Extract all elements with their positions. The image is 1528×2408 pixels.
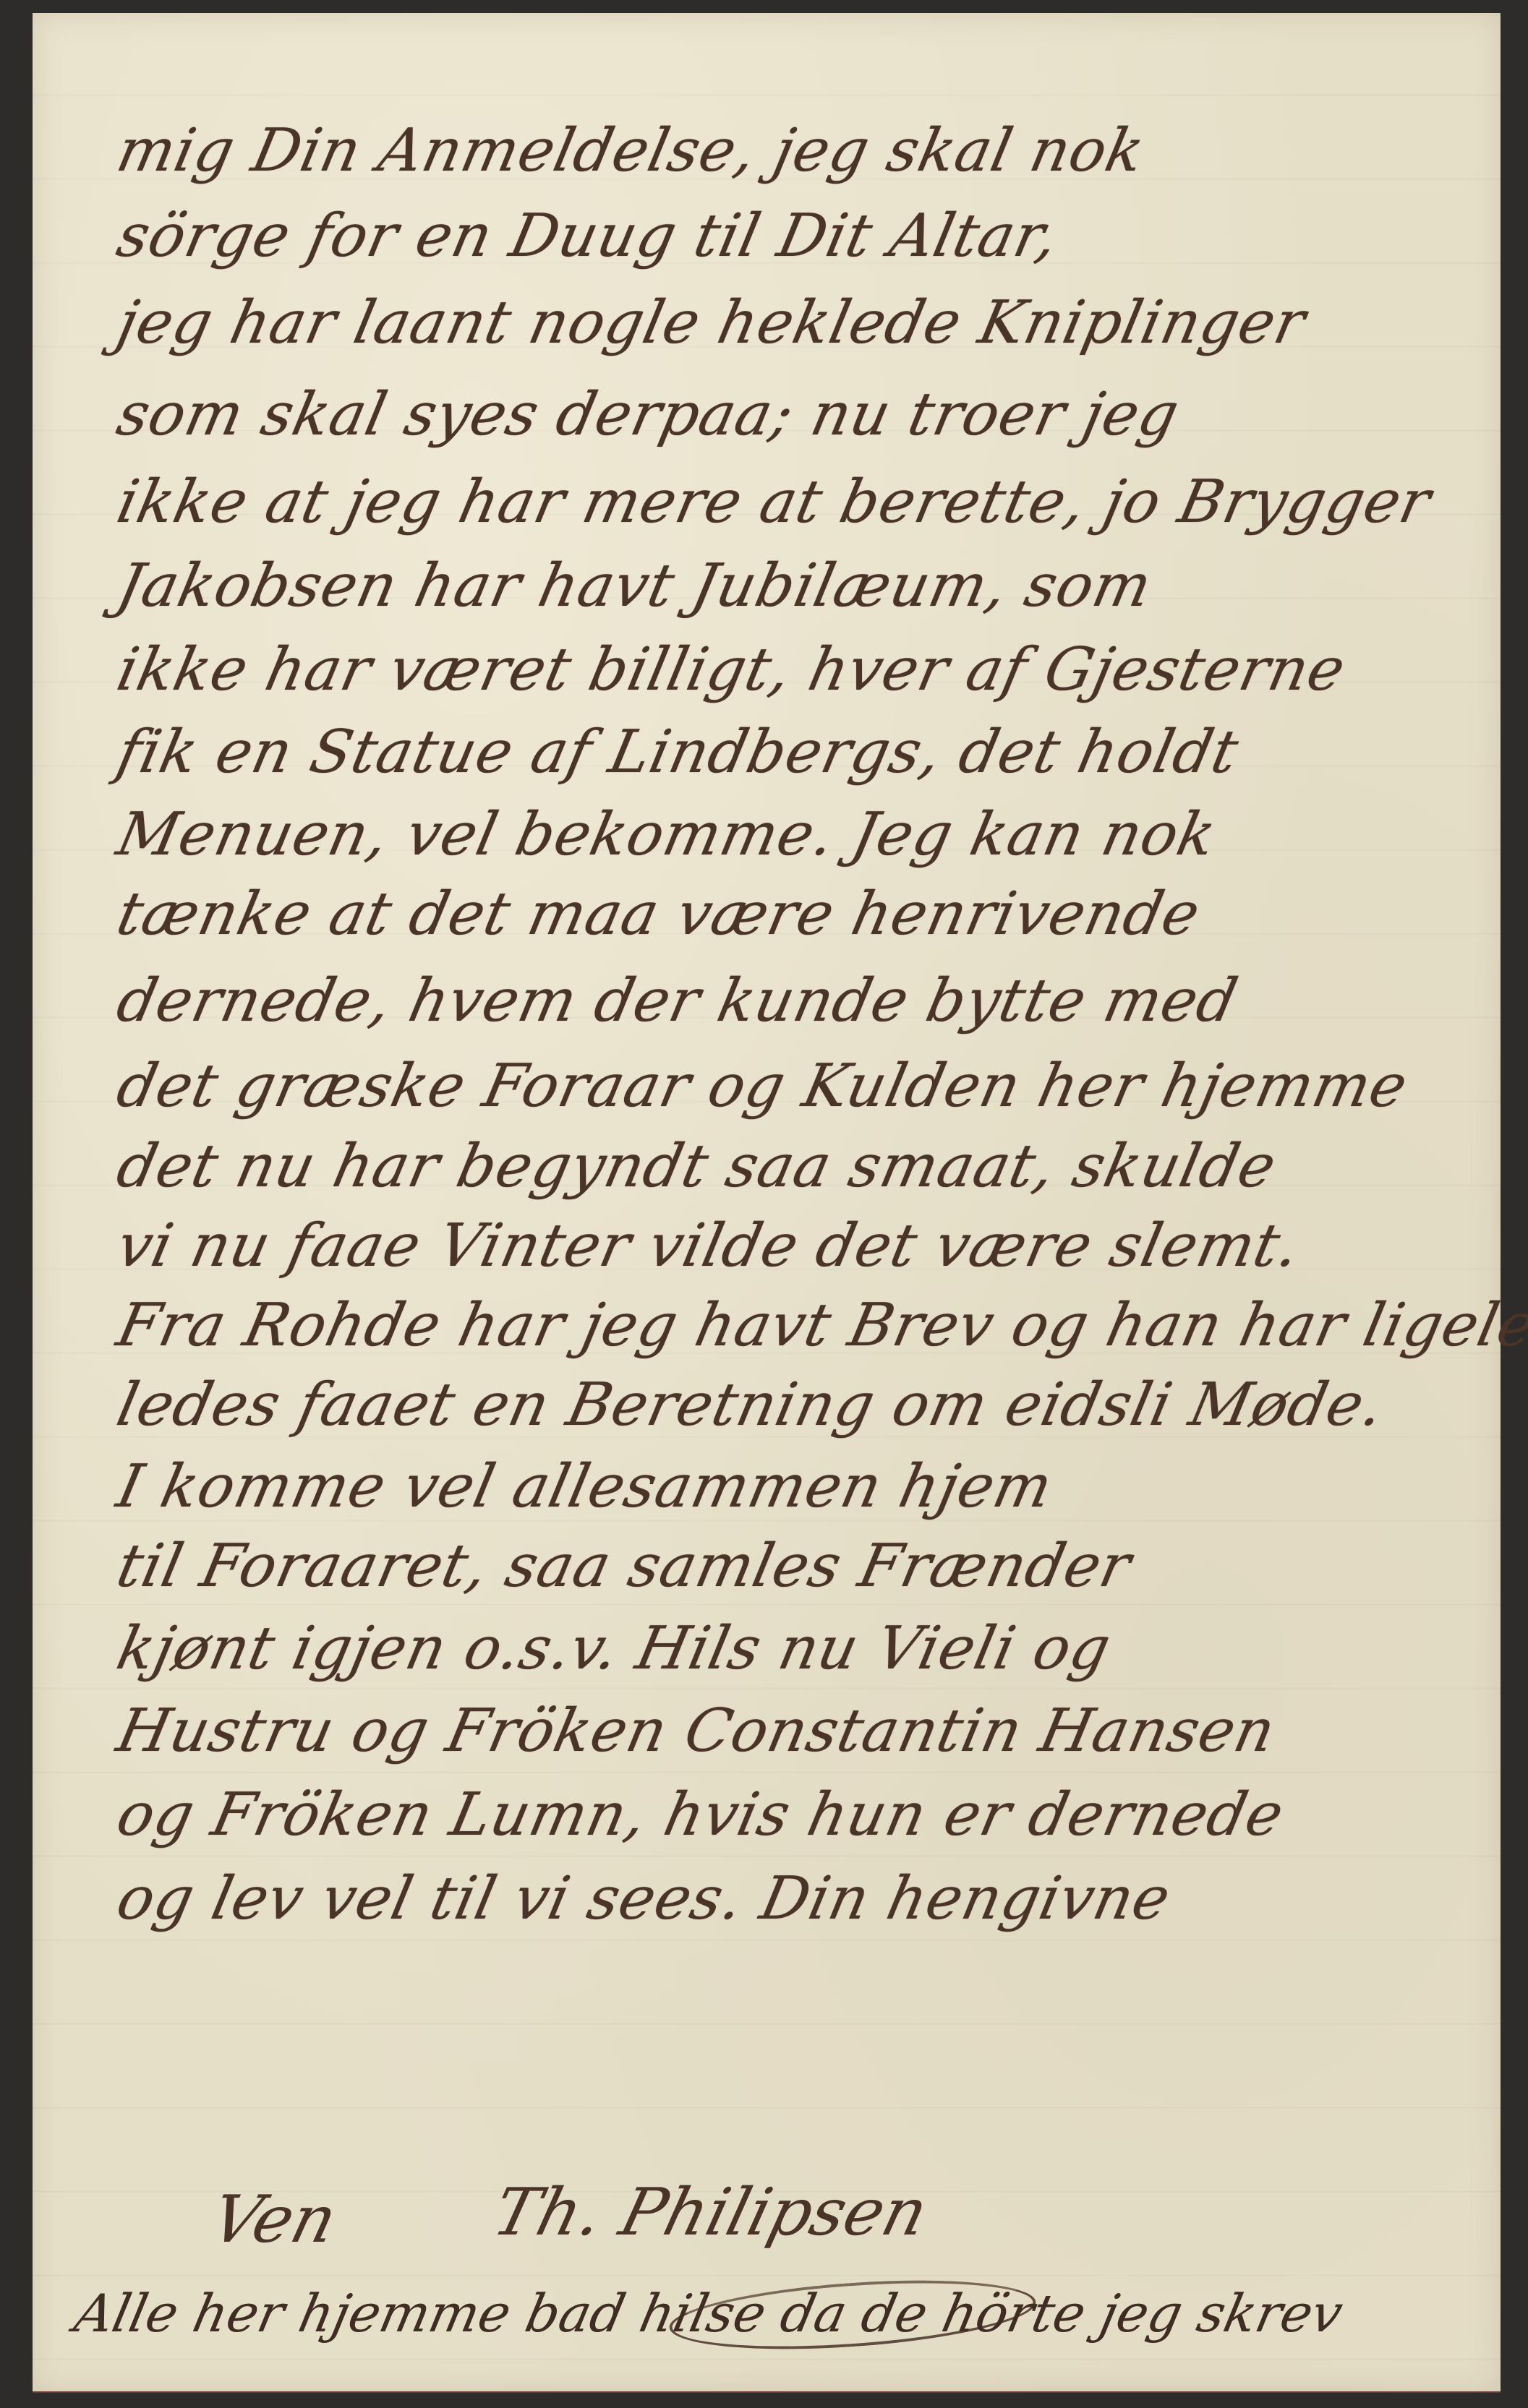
letter-line-20: Hustru og Fröken Constantin Hansen	[112, 1702, 1281, 1761]
letter-line-18: til Foraaret, saa samles Frænder	[112, 1537, 1136, 1596]
signature: Th. Philipsen	[486, 2175, 935, 2250]
letter-line-19: kjønt igjen o.s.v. Hils nu Vieli og	[112, 1619, 1116, 1679]
letter-line-6: Jakobsen har havt Jubilæum, som	[112, 557, 1157, 616]
letter-page: mig Din Anmeldelse, jeg skal nok sörge f…	[33, 13, 1501, 2393]
letter-line-10: tænke at det maa være henrivende	[112, 885, 1205, 944]
letter-line-9: Menuen, vel bekomme. Jeg kan nok	[112, 805, 1221, 865]
letter-line-7: ikke har været billigt, hver af Gjestern…	[112, 640, 1350, 700]
letter-line-4: som skal syes derpaa; nu troer jeg	[112, 385, 1184, 445]
letter-line-1: mig Din Anmeldelse, jeg skal nok	[112, 121, 1150, 181]
closing-word: Ven	[204, 2182, 344, 2258]
letter-line-8: fik en Statue af Lindbergs, det holdt	[112, 723, 1244, 782]
letter-line-5: ikke at jeg har mere at berette, jo Bryg…	[112, 473, 1436, 532]
letter-line-2: sörge for en Duug til Dit Altar,	[112, 207, 1063, 266]
letter-line-12: det græske Foraar og Kulden her hjemme	[112, 1057, 1412, 1116]
letter-line-16: ledes faaet en Beretning om eidsli Møde.	[112, 1376, 1389, 1435]
letter-line-13: det nu har begyndt saa smaat, skulde	[112, 1137, 1281, 1196]
letter-line-3: jeg har laant nogle heklede Kniplinger	[112, 293, 1310, 353]
letter-line-11: dernede, hvem der kunde bytte med	[112, 972, 1242, 1031]
letter-line-14: vi nu faae Vinter vilde det være slemt.	[112, 1217, 1305, 1276]
letter-line-17: I komme vel allesammen hjem	[112, 1457, 1057, 1517]
letter-line-21: og Fröken Lumn, hvis hun er dernede	[112, 1786, 1289, 1845]
letter-line-15: Fra Rohde har jeg havt Brev og han har l…	[112, 1296, 1528, 1355]
letter-line-22: og lev vel til vi sees. Din hengivne	[112, 1869, 1175, 1929]
postscript: Alle her hjemme bad hilse da de hörte je…	[69, 2283, 1348, 2344]
